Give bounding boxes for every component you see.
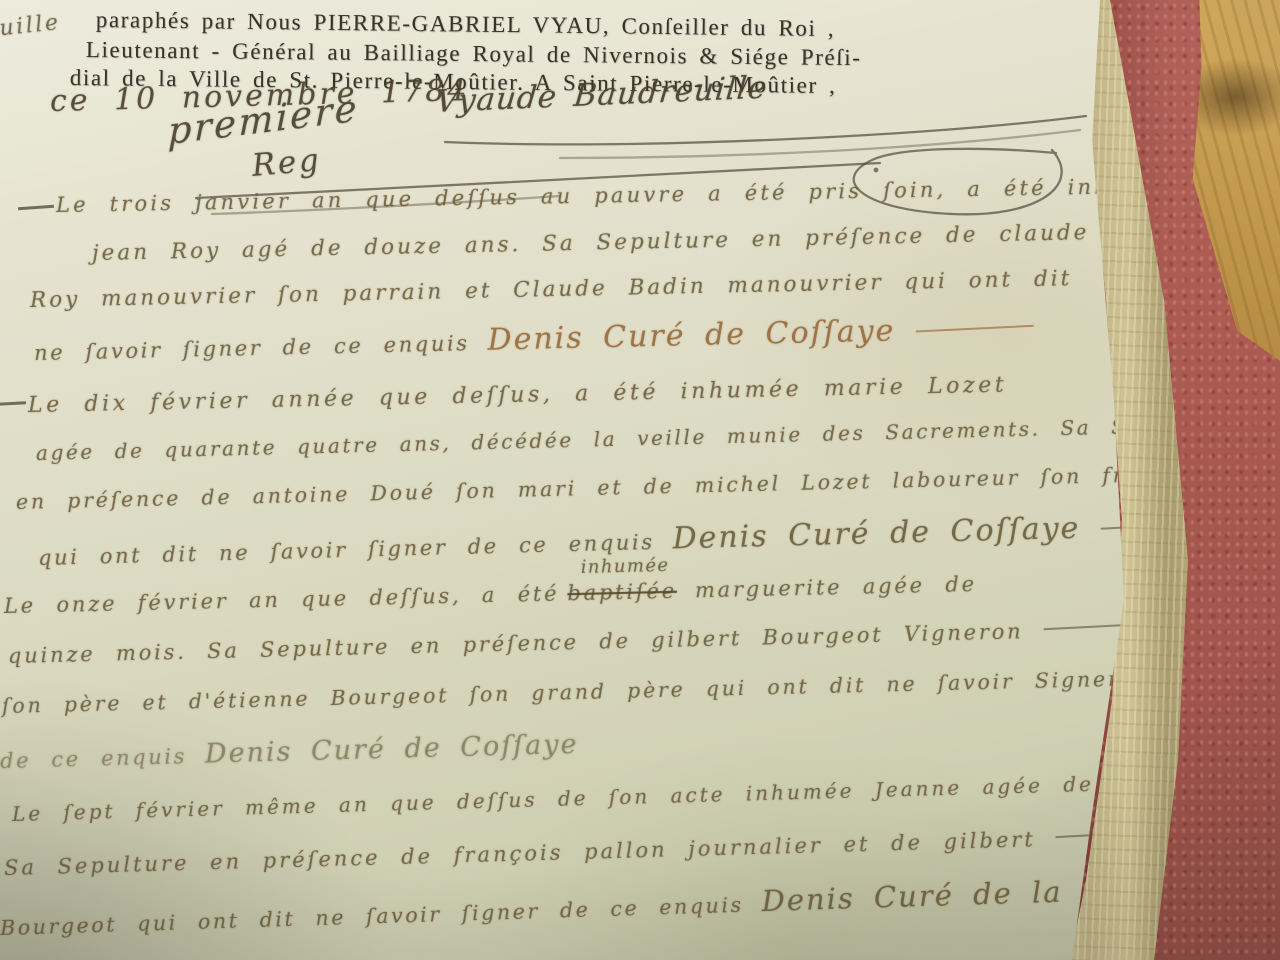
entry-line-text: quinze mois. Sa Sepulture en préſence de…: [8, 619, 1024, 668]
entry-line-text: Sa Sepulture en préſence de françois pal…: [4, 827, 1036, 880]
cure-signature: Denis Curé de Coſſaye: [205, 729, 579, 770]
folio-paraph: Reg: [250, 142, 322, 184]
entry-line: Le onze février an que deſſus, a étéinhu…: [4, 572, 977, 618]
entry-line: Le ſept février même an que deſſus de ſo…: [12, 767, 1264, 826]
struck-word: baptiſée: [567, 579, 677, 605]
entry-line: agée de quarante quatre ans, décédée la …: [36, 412, 1235, 465]
entry-closing: Bourgeot qui ont dit ne ſavoir ſigner de…: [0, 893, 744, 940]
cure-signature: Denis Curé de Coſſaye: [487, 313, 896, 357]
entry-line-post: marguerite agée de: [695, 572, 977, 602]
entry-line: quinze mois. Sa Sepulture en préſence de…: [8, 616, 1162, 668]
entry-margin-tick: [18, 205, 54, 211]
entry-line: Bourgeot qui ont dit ne ſavoir ſigner de…: [0, 870, 1208, 942]
entry-line: jean Roy agé de douze ans. Sa Sepulture …: [92, 220, 1090, 266]
entry-line: en préſence de antoine Doué ſon mari et …: [16, 462, 1168, 514]
entry-closing: de ce enquis: [0, 744, 187, 773]
inserted-word: inhumée: [581, 555, 670, 578]
entry-line: Le trois janvier an que deſſus au pauvre…: [56, 174, 1167, 217]
margin-fragment: euille: [0, 10, 62, 43]
entry-line: ne ſavoir ſigner de ce enquisDenis Curé …: [34, 310, 1034, 368]
cure-signature: Denis Curé de Coſſaye: [672, 511, 1081, 557]
entry-line: Sa Sepulture en préſence de françois pal…: [4, 823, 1174, 880]
entry-closing: ne ſavoir ſigner de ce enquis: [34, 331, 470, 365]
entry-line-pre: Le onze février an que deſſus, a été: [4, 581, 560, 618]
entry-margin-tick: [0, 401, 26, 406]
entry-line: Le dix février année que deſſus, a été i…: [28, 372, 1008, 418]
entry-closing: qui ont dit ne ſavoir ſigner de ce enqui…: [38, 530, 655, 570]
entry-line: Roy manouvrier ſon parrain et Claude Bad…: [30, 266, 1073, 313]
ink-dash: [915, 325, 1033, 333]
correction: inhuméebaptiſée: [567, 579, 677, 605]
printed-header-line: paraphés par Nous PIERRE-GABRIEL VYAU, C…: [96, 7, 836, 42]
register-page: paraphés par Nous PIERRE-GABRIEL VYAU, C…: [0, 0, 1140, 960]
entry-line: de ce enquisDenis Curé de Coſſaye: [0, 729, 579, 775]
register-photo: paraphés par Nous PIERRE-GABRIEL VYAU, C…: [0, 0, 1280, 960]
entry-line: ſon père et d'étienne Bourgeot ſon grand…: [2, 667, 1121, 718]
